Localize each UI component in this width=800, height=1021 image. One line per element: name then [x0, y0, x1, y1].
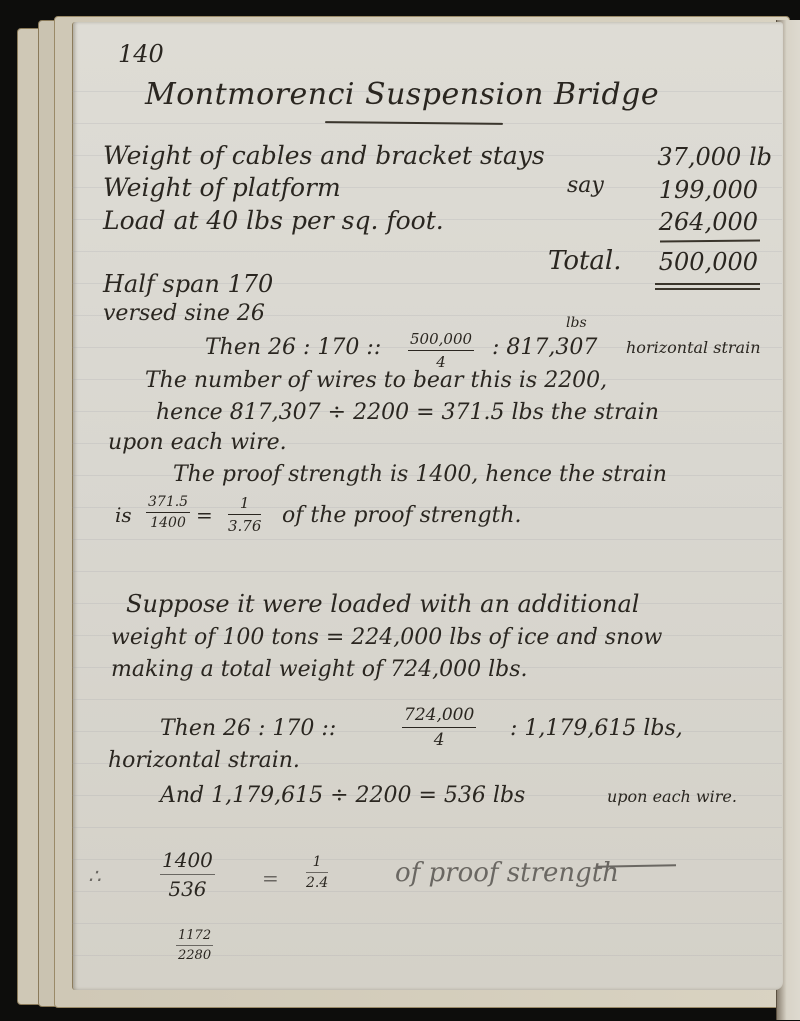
- scribble-numerator: 1172: [176, 928, 213, 946]
- pencil-denominator2: 2.4: [306, 873, 328, 891]
- calc2-result: : 1,179,615 lbs,: [510, 718, 683, 740]
- ratio1-fraction: 371.5 1400: [146, 494, 190, 531]
- calc1-numerator: 500,000: [408, 330, 474, 351]
- pencil-numerator2: 1: [306, 854, 328, 873]
- proof-line: The proof strength is 1400, hence the st…: [173, 464, 667, 486]
- calc2-lead: Then 26 : 170 ::: [160, 718, 336, 740]
- pencil-equals: =: [262, 868, 279, 888]
- load-amount-live: 264,000: [618, 210, 758, 234]
- calc1-fraction: 500,000 4: [408, 330, 474, 371]
- pencil-fraction2: 1 2.4: [306, 854, 328, 891]
- load-label-live: Load at 40 lbs per sq. foot.: [103, 208, 444, 233]
- ratio1-numerator: 371.5: [146, 494, 190, 513]
- suppose-line-1: Suppose it were loaded with an additiona…: [126, 592, 639, 616]
- total-double-underline-2: [655, 288, 760, 290]
- load-amount-cables: 37,000 lb: [632, 145, 772, 169]
- pencil-tail: of proof strength: [395, 860, 619, 886]
- calc1-unit: lbs: [566, 316, 587, 330]
- pencil-fraction: 1400 536: [160, 848, 215, 901]
- ratio1-fraction2: 1 3.76: [228, 494, 261, 535]
- pencil-denominator: 536: [160, 875, 215, 901]
- page-title: Montmorenci Suspension Bridge: [145, 80, 659, 110]
- wires-line: The number of wires to bear this is 2200…: [145, 370, 607, 392]
- calc2-tail: horizontal strain.: [108, 750, 300, 772]
- versed-sine: versed sine 26: [103, 303, 265, 325]
- upon-line: upon each wire.: [108, 432, 287, 454]
- hence-line: hence 817,307 ÷ 2200 = 371.5 lbs the str…: [156, 402, 659, 424]
- calc2-denominator: 4: [402, 728, 476, 750]
- pencil-scribble: 1172 2280: [176, 928, 213, 963]
- total-label: Total.: [548, 248, 622, 274]
- load-label-cables: Weight of cables and bracket stays: [103, 143, 545, 168]
- calc1-result: : 817,307: [492, 337, 597, 359]
- ratio1-lead: is: [115, 505, 132, 525]
- ratio1-numerator2: 1: [228, 494, 261, 515]
- and-tail: upon each wire.: [607, 789, 737, 805]
- calc2-fraction: 724,000 4: [402, 705, 476, 750]
- ratio1-denominator: 1400: [146, 513, 190, 531]
- ratio1-tail: of the proof strength.: [282, 505, 522, 527]
- scribble-denominator: 2280: [176, 946, 213, 963]
- load-amount-platform: 199,000: [618, 178, 758, 202]
- page-number: 140: [118, 42, 164, 66]
- calc1-tail: horizontal strain: [626, 340, 761, 356]
- total-double-underline: [655, 283, 760, 285]
- half-span: Half span 170: [103, 272, 273, 296]
- calc2-numerator: 724,000: [402, 705, 476, 728]
- pencil-numerator: 1400: [160, 848, 215, 875]
- and-line: And 1,179,615 ÷ 2200 = 536 lbs: [160, 785, 525, 807]
- therefore-symbol: ∴: [88, 866, 101, 886]
- suppose-line-2: weight of 100 tons = 224,000 lbs of ice …: [111, 627, 662, 649]
- suppose-line-3: making a total weight of 724,000 lbs.: [111, 659, 528, 681]
- calc1-lead: Then 26 : 170 ::: [205, 337, 381, 359]
- ratio1-equals: =: [196, 505, 213, 525]
- load-label-platform: Weight of platform: [103, 175, 341, 200]
- total-amount: 500,000: [618, 250, 758, 274]
- load-qualifier-platform: say: [567, 175, 604, 197]
- ratio1-denominator2: 3.76: [228, 515, 261, 535]
